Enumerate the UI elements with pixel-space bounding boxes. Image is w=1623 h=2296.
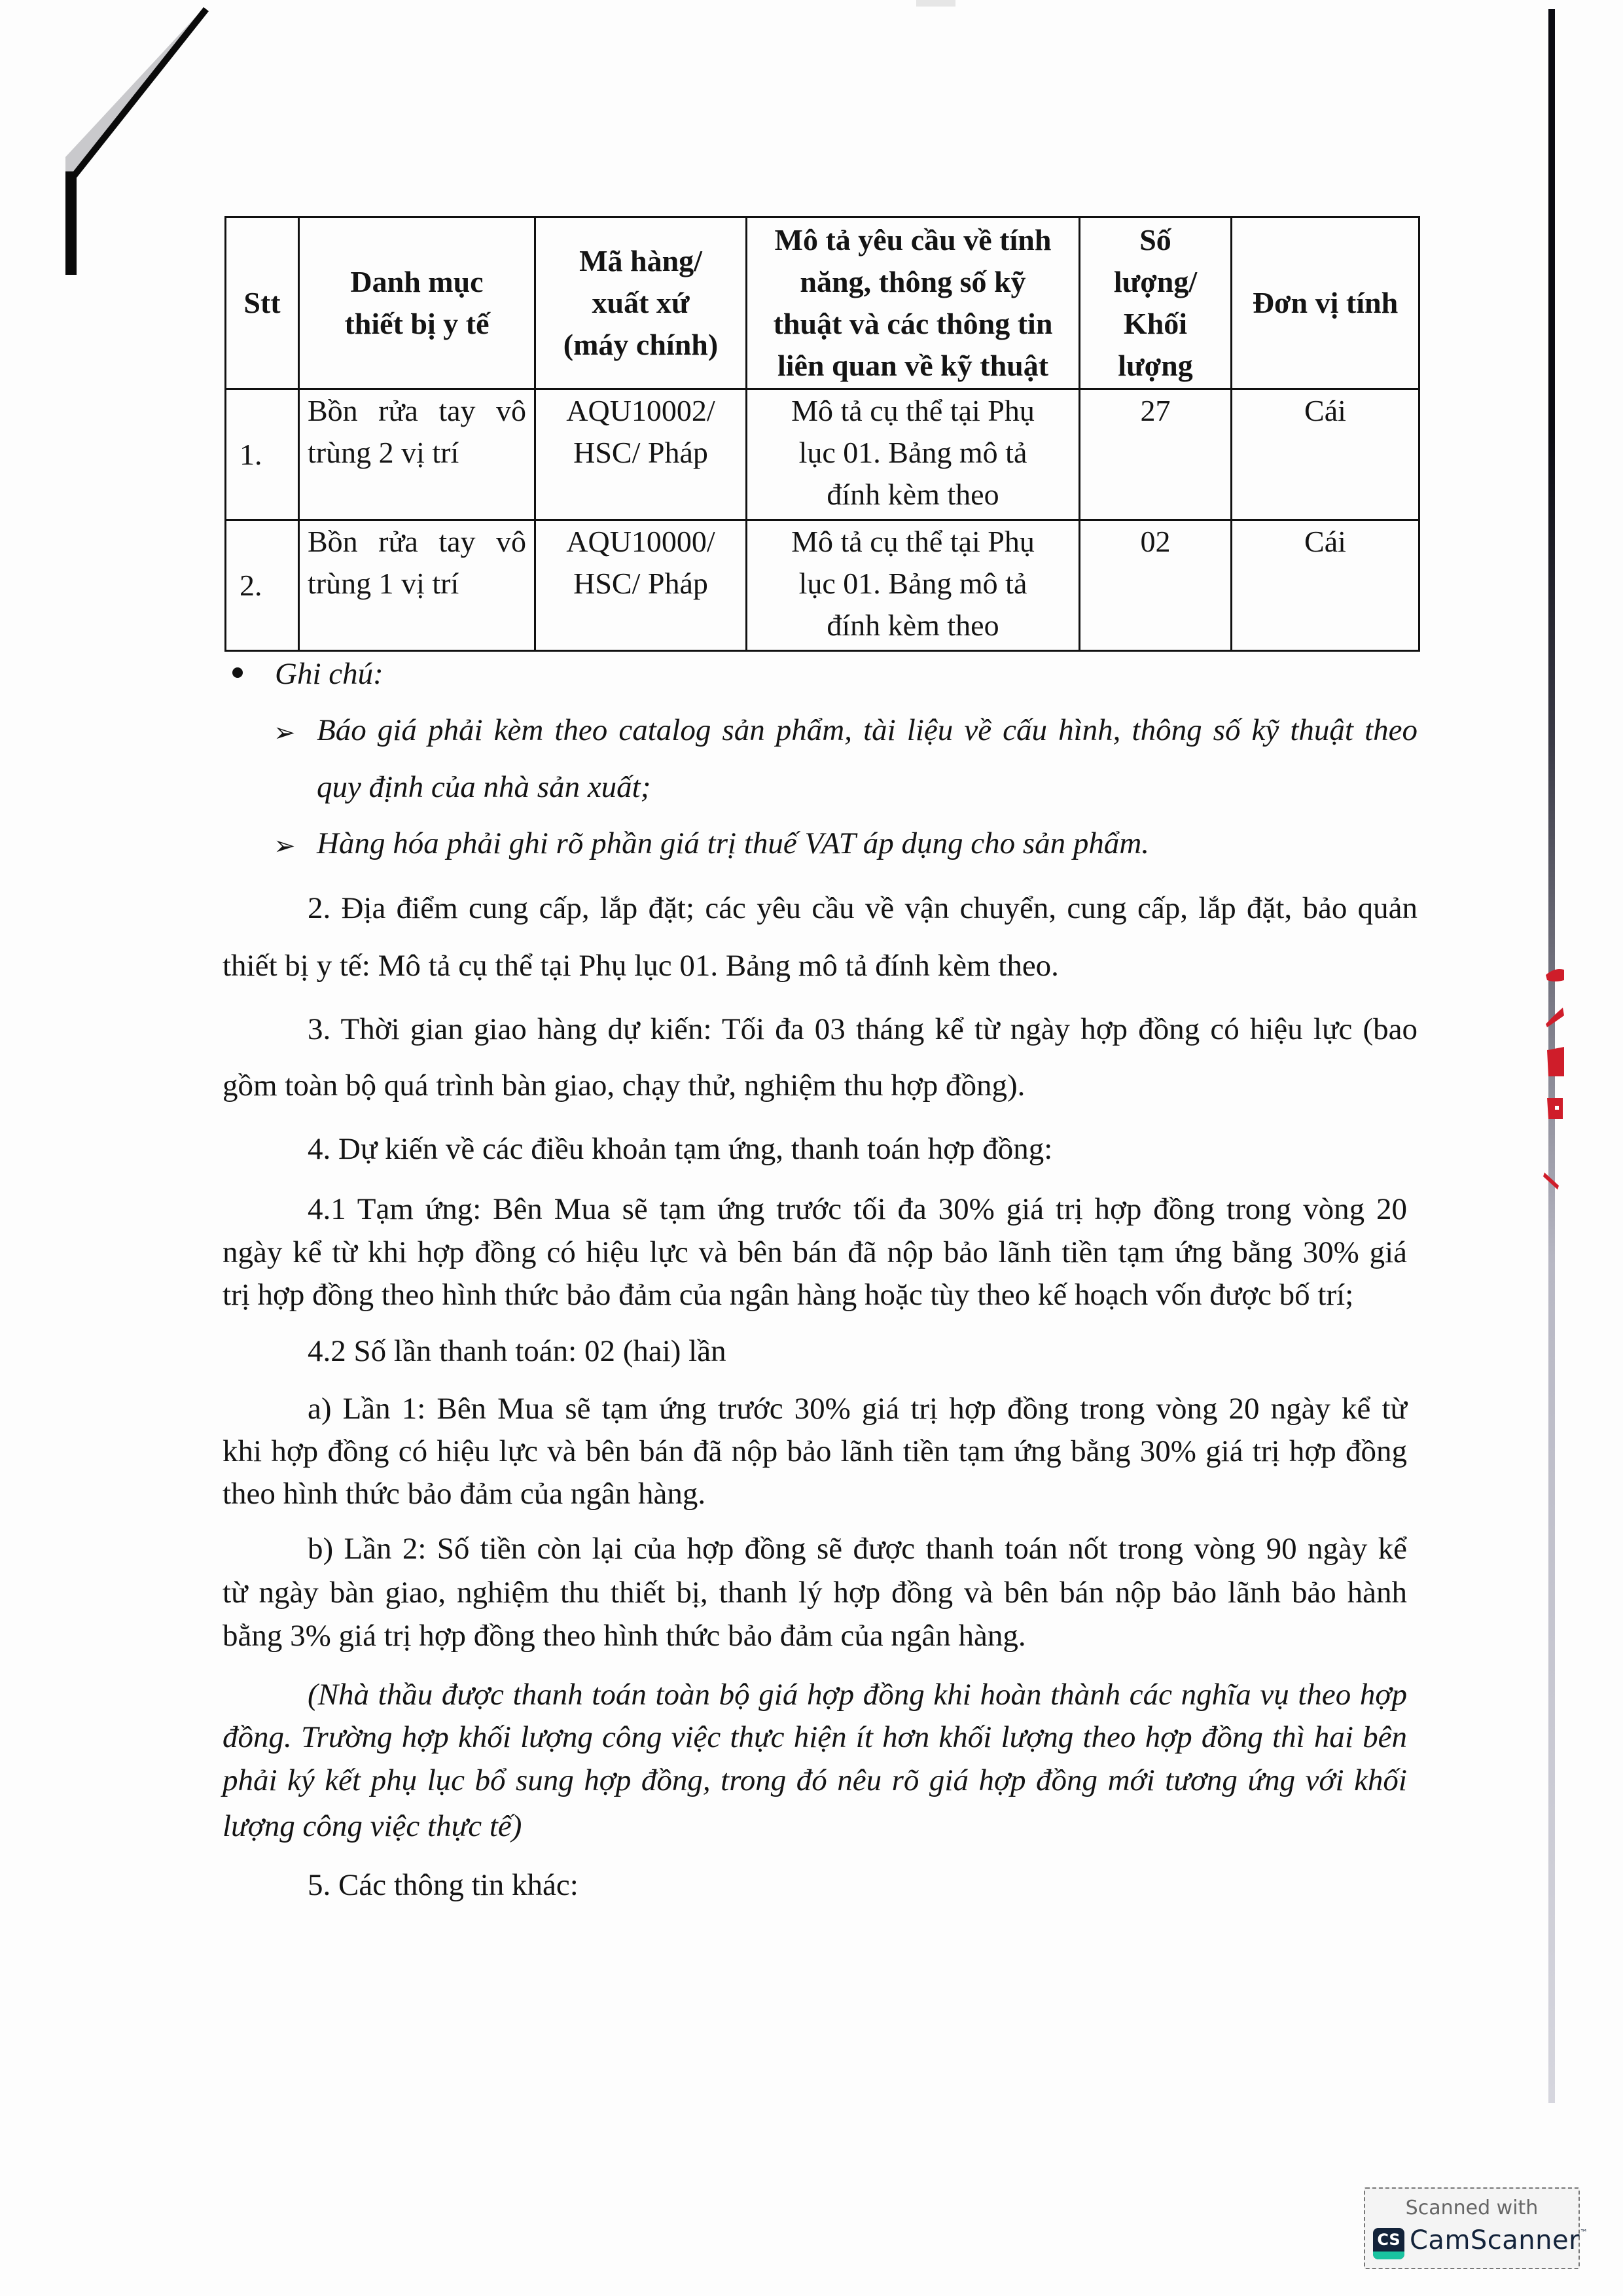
header-unit: Đơn vị tính	[1232, 217, 1419, 389]
cell-code-origin: AQU10002/HSC/ Pháp	[535, 389, 747, 520]
red-stamp-fragment	[1543, 929, 1565, 1204]
contract-note-line-1: (Nhà thầu được thanh toán toàn bộ giá hợ…	[308, 1676, 1407, 1713]
cell-unit: Cái	[1232, 520, 1419, 651]
cell-code-origin: AQU10000/HSC/ Pháp	[535, 520, 747, 651]
contract-note-line-4: lượng công việc thực tế)	[223, 1808, 522, 1845]
cell-equipment-name: Bồn rửa tay vôtrùng 2 vị trí	[299, 389, 535, 520]
section-4-1-line-3: trị hợp đồng theo hình thức bảo đảm của …	[223, 1277, 1353, 1313]
section-3-line-2: gồm toàn bộ quá trình bàn giao, chạy thử…	[223, 1067, 1025, 1104]
table-header-row: Stt Danh mụcthiết bị y tế Mã hàng/xuất x…	[226, 217, 1419, 389]
section-4-1-line-1: 4.1 Tạm ứng: Bên Mua sẽ tạm ứng trước tố…	[308, 1191, 1407, 1227]
arrowhead-bullet-icon: ➢	[274, 828, 296, 864]
cell-description: Mô tả cụ thể tại Phụlục 01. Bảng mô tảđí…	[747, 520, 1080, 651]
cell-equipment-name: Bồn rửa tay vôtrùng 1 vị trí	[299, 520, 535, 651]
section-4-2-a-line-1: a) Lần 1: Bên Mua sẽ tạm ứng trước 30% g…	[308, 1390, 1407, 1427]
cell-quantity: 27	[1080, 389, 1232, 520]
header-quantity: Sốlượng/Khốilượng	[1080, 217, 1232, 389]
section-2-line-1: 2. Địa điểm cung cấp, lắp đặt; các yêu c…	[308, 890, 1418, 927]
arrowhead-bullet-icon: ➢	[274, 715, 296, 751]
scan-top-smudge	[916, 0, 955, 7]
cell-stt: 2.	[226, 520, 299, 651]
contract-note-line-2: đồng. Trường hợp khối lượng công việc th…	[223, 1719, 1407, 1756]
cell-description: Mô tả cụ thể tại Phụlục 01. Bảng mô tảđí…	[747, 389, 1080, 520]
section-4-2-a-line-3: theo hình thức bảo đảm của ngân hàng.	[223, 1475, 705, 1512]
notes-title: Ghi chú:	[275, 656, 383, 692]
cell-quantity: 02	[1080, 520, 1232, 651]
section-4-2-heading: 4.2 Số lần thanh toán: 02 (hai) lần	[308, 1333, 726, 1369]
header-code-origin: Mã hàng/xuất xứ(máy chính)	[535, 217, 747, 389]
section-3-line-1: 3. Thời gian giao hàng dự kiến: Tối đa 0…	[308, 1011, 1418, 1048]
section-2-line-2: thiết bị y tế: Mô tả cụ thể tại Phụ lục …	[223, 947, 1059, 984]
section-4-heading: 4. Dự kiến về các điều khoản tạm ứng, th…	[308, 1131, 1052, 1167]
header-stt: Stt	[226, 217, 299, 389]
section-4-2-b-line-1: b) Lần 2: Số tiền còn lại của hợp đồng s…	[308, 1530, 1407, 1567]
note-item-1-line-1: Báo giá phải kèm theo catalog sản phẩm, …	[317, 712, 1418, 749]
camscanner-watermark: Scanned with CS CamScanner™	[1364, 2187, 1580, 2269]
camscanner-logo-icon: CS	[1373, 2228, 1404, 2259]
watermark-caption: Scanned with	[1365, 2197, 1578, 2219]
bullet-dot-icon	[232, 667, 243, 678]
note-item-2: Hàng hóa phải ghi rõ phần giá trị thuế V…	[317, 825, 1149, 862]
note-item-1-line-2: quy định của nhà sản xuất;	[317, 769, 651, 805]
table-row: 1. Bồn rửa tay vôtrùng 2 vị trí AQU10002…	[226, 389, 1419, 520]
header-technical-description: Mô tả yêu cầu về tínhnăng, thông số kỹth…	[747, 217, 1080, 389]
equipment-table: Stt Danh mụcthiết bị y tế Mã hàng/xuất x…	[224, 216, 1418, 650]
cell-unit: Cái	[1232, 389, 1419, 520]
section-4-1-line-2: ngày kể từ khi hợp đồng có hiệu lực và b…	[223, 1234, 1407, 1271]
table-row: 2. Bồn rửa tay vôtrùng 1 vị trí AQU10000…	[226, 520, 1419, 651]
section-4-2-b-line-2: từ ngày bàn giao, nghiệm thu thiết bị, t…	[223, 1574, 1407, 1611]
section-4-2-a-line-2: khi hợp đồng có hiệu lực và bên bán đã n…	[223, 1433, 1407, 1470]
scan-corner-fold	[65, 0, 236, 275]
watermark-brand: CamScanner™	[1410, 2225, 1588, 2255]
section-5-heading: 5. Các thông tin khác:	[308, 1867, 579, 1903]
section-4-2-b-line-3: bằng 3% giá trị hợp đồng theo hình thức …	[223, 1617, 1026, 1654]
cell-stt: 1.	[226, 389, 299, 520]
contract-note-line-3: phải ký kết phụ lục bổ sung hợp đồng, tr…	[223, 1762, 1407, 1799]
header-equipment-category: Danh mụcthiết bị y tế	[299, 217, 535, 389]
